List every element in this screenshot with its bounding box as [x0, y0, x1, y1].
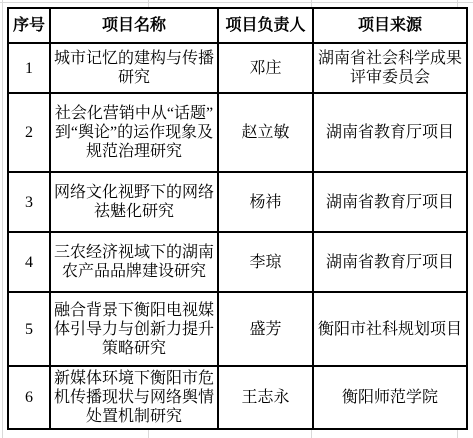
cell-project-source: 衡阳市社科规划项目 — [313, 292, 467, 366]
cell-row-number: 2 — [8, 93, 50, 172]
cell-project-leader: 邓庄 — [218, 43, 313, 93]
table-header-row: 序号 项目名称 项目负责人 项目来源 — [8, 8, 467, 43]
table-row: 2 社会化营销中从“话题”到“舆论”的运作现象及规范治理研究 赵立敏 湖南省教育… — [8, 93, 467, 172]
column-header-project-source: 项目来源 — [313, 8, 467, 43]
cell-project-source: 湖南省教育厅项目 — [313, 93, 467, 172]
cell-project-leader: 李琼 — [218, 232, 313, 292]
table-row: 4 三农经济视域下的湖南农产品品牌建设研究 李琼 湖南省教育厅项目 — [8, 232, 467, 292]
cell-project-name: 新媒体环境下衡阳市危机传播现状与网络舆情处置机制研究 — [50, 366, 218, 429]
cell-row-number: 6 — [8, 366, 50, 429]
table-row: 3 网络文化视野下的网络祛魅化研究 杨祎 湖南省教育厅项目 — [8, 172, 467, 232]
cell-project-leader: 王志永 — [218, 366, 313, 429]
table-row: 6 新媒体环境下衡阳市危机传播现状与网络舆情处置机制研究 王志永 衡阳师范学院 — [8, 366, 467, 429]
spreadsheet-gridline-horizontal — [0, 2, 473, 3]
projects-table: 序号 项目名称 项目负责人 项目来源 1 城市记忆的建构与传播研究 邓庄 湖南省… — [7, 7, 468, 430]
cell-project-name: 社会化营销中从“话题”到“舆论”的运作现象及规范治理研究 — [50, 93, 218, 172]
cell-row-number: 4 — [8, 232, 50, 292]
table-row: 1 城市记忆的建构与传播研究 邓庄 湖南省社会科学成果评审委员会 — [8, 43, 467, 93]
cell-project-leader: 赵立敏 — [218, 93, 313, 172]
cell-project-source: 湖南省教育厅项目 — [313, 232, 467, 292]
table-row: 5 融合背景下衡阳电视媒体引导力与创新力提升策略研究 盛芳 衡阳市社科规划项目 — [8, 292, 467, 366]
cell-project-leader: 杨祎 — [218, 172, 313, 232]
column-header-project-leader: 项目负责人 — [218, 8, 313, 43]
column-header-no: 序号 — [8, 8, 50, 43]
cell-project-name: 三农经济视域下的湖南农产品品牌建设研究 — [50, 232, 218, 292]
cell-project-source: 湖南省教育厅项目 — [313, 172, 467, 232]
cell-row-number: 3 — [8, 172, 50, 232]
cell-project-source: 衡阳师范学院 — [313, 366, 467, 429]
cell-row-number: 1 — [8, 43, 50, 93]
cell-project-name: 融合背景下衡阳电视媒体引导力与创新力提升策略研究 — [50, 292, 218, 366]
cell-project-name: 网络文化视野下的网络祛魅化研究 — [50, 172, 218, 232]
spreadsheet-gridline-vertical — [2, 0, 3, 438]
cell-row-number: 5 — [8, 292, 50, 366]
cell-project-leader: 盛芳 — [218, 292, 313, 366]
column-header-project-name: 项目名称 — [50, 8, 218, 43]
cell-project-name: 城市记忆的建构与传播研究 — [50, 43, 218, 93]
cell-project-source: 湖南省社会科学成果评审委员会 — [313, 43, 467, 93]
